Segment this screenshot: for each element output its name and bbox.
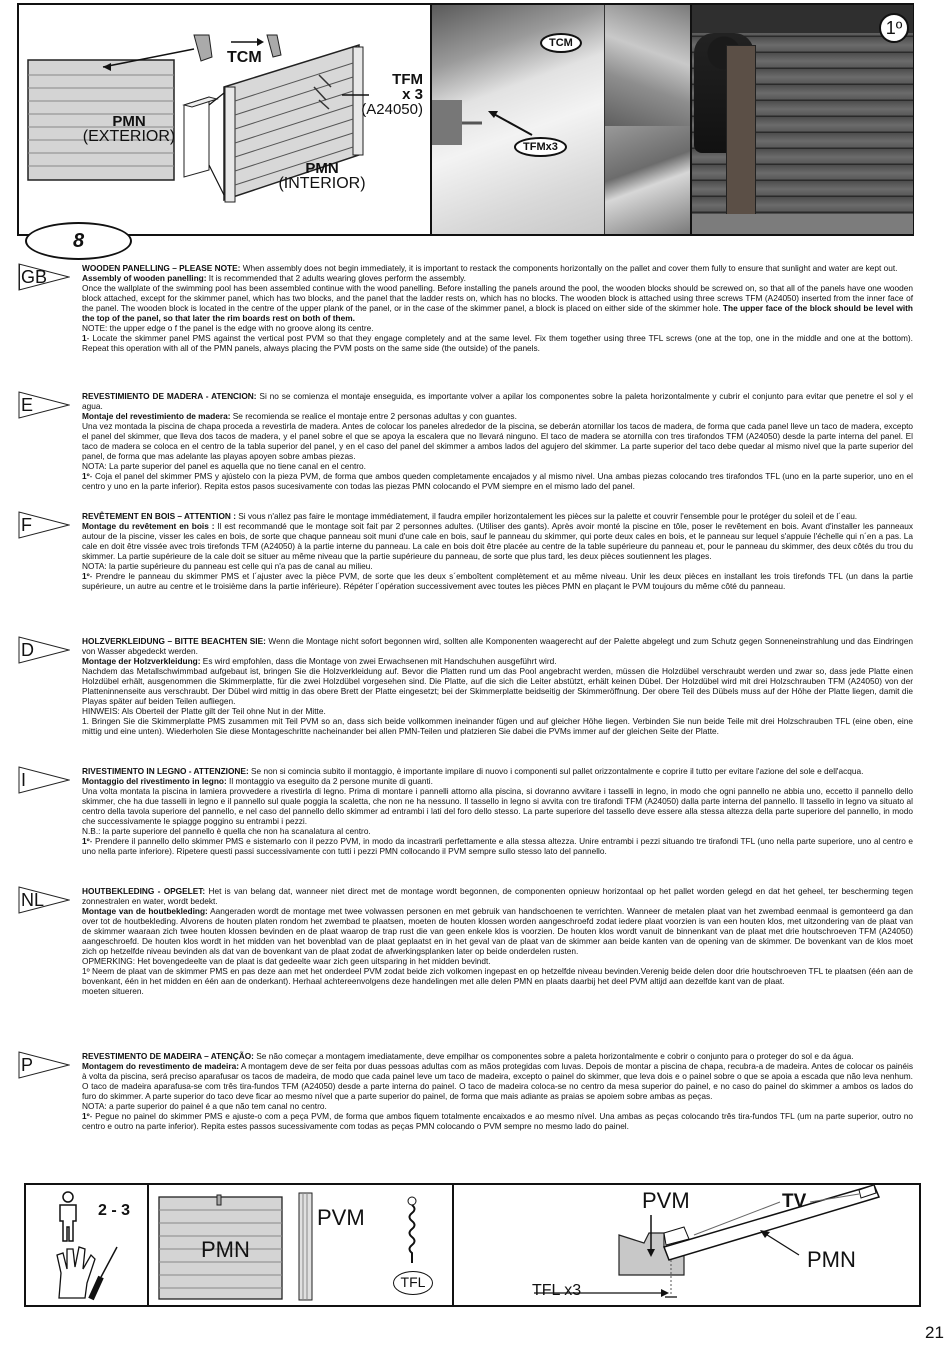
body-text: When assembly does not begin immediately… [240, 263, 897, 273]
note-text: N.B.: la parte superiore del pannello è … [82, 826, 371, 836]
body-text: moeten situeren. [82, 986, 144, 996]
people-count: 2 - 3 [98, 1202, 130, 1220]
body-text: Una volta montata la piscina in lamiera … [82, 786, 913, 826]
body-text: Se non si comincia subito il montaggio, … [249, 766, 864, 776]
language-code: I [21, 770, 26, 791]
section-text: RIVESTIMENTO IN LEGNO - ATTENZIONE: Se n… [82, 766, 913, 856]
assembly-figure: PMN (EXTERIOR) TCM TFM x 3 (A24050) PMN … [17, 3, 914, 236]
paragraph: Montagem do revestimento de madeira: A m… [82, 1061, 913, 1101]
interior-label: (INTERIOR) [267, 175, 377, 193]
paragraph: HOLZVERKLEIDUNG – BITTE BEACHTEN SIE: We… [82, 636, 913, 656]
paragraph: Nachdem das Metallschwimmbad aufgebaut i… [82, 666, 913, 706]
step-marker: 1º [82, 571, 90, 581]
flag-nl: NL [18, 886, 70, 914]
heading: RIVESTIMENTO IN LEGNO - ATTENZIONE: [82, 766, 249, 776]
language-code: D [21, 640, 34, 661]
heading: Montage du revêtement en bois : [82, 521, 214, 531]
body-text: - Prendre le panneau du skimmer PMS et l… [82, 571, 913, 591]
paragraph: OPMERKING: Het bovengedeelte van de plaa… [82, 956, 913, 966]
step-badge: 1º [879, 13, 909, 43]
note-text: NOTA: la partie supérieure du panneau es… [82, 561, 373, 571]
body-text: Se não começar a montagem imediatamente,… [254, 1051, 854, 1061]
paragraph: Montage du revêtement en bois : Il est r… [82, 521, 913, 561]
paragraph: NOTE: the upper edge o f the panel is th… [82, 323, 913, 333]
tfm-part-number: (A24050) [357, 101, 423, 118]
glove-screwdriver-icon [51, 1243, 126, 1303]
paragraph: N.B.: la parte superiore del pannello è … [82, 826, 913, 836]
heading: Montage van de houtbekleding: [82, 906, 208, 916]
step-number: 8 [25, 222, 132, 260]
photo-screwing-block: TCM TFMx3 [432, 5, 604, 234]
tcm-callout: TCM [540, 33, 582, 53]
step-marker: 1º [82, 836, 90, 846]
heading: REVÊTEMENT EN BOIS – ATTENTION : [82, 511, 236, 521]
paragraph: 1º- Prendre le panneau du skimmer PMS et… [82, 571, 913, 591]
paragraph: Una volta montata la piscina in lamiera … [82, 786, 913, 826]
language-code: F [21, 515, 32, 536]
heading: HOUTBEKLEDING - OPGELET: [82, 886, 205, 896]
pmn-label: PMN [201, 1237, 250, 1263]
people-tools-cell: 2 - 3 [26, 1185, 149, 1305]
paragraph: Montaggio del rivestimento in legno: Il … [82, 776, 913, 786]
paragraph: NOTA: a parte superior do painel é a que… [82, 1101, 913, 1111]
body-text: 1. Bringen Sie die Skimmerplatte PMS zus… [82, 716, 913, 736]
paragraph: Montaje del revestimiento de madera: Se … [82, 411, 913, 421]
body-text: Se recomienda se realice el montaje entr… [230, 411, 516, 421]
floor [692, 214, 913, 234]
detail-pvm-label: PVM [642, 1188, 690, 1214]
body-text: Si vous n'allez pas faire le montage imm… [236, 511, 857, 521]
body-text: - Coja el panel del skimmer PMS y ajúste… [82, 471, 913, 491]
language-code: NL [21, 890, 44, 911]
paragraph: Assembly of wooden panelling: It is reco… [82, 273, 913, 283]
paragraph: REVÊTEMENT EN BOIS – ATTENTION : Si vous… [82, 511, 913, 521]
detail-pmn-label: PMN [807, 1247, 856, 1273]
paragraph: Montage van de houtbekleding: Aangeraden… [82, 906, 913, 956]
note-text: NOTA: La parte superior del panel es aqu… [82, 461, 366, 471]
language-code: P [21, 1055, 33, 1076]
paragraph: REVESTIMENTO DE MADEIRA – ATENÇÃO: Se nã… [82, 1051, 913, 1061]
section-text: REVÊTEMENT EN BOIS – ATTENTION : Si vous… [82, 511, 913, 591]
flag-d: D [18, 636, 70, 664]
section-text: HOLZVERKLEIDUNG – BITTE BEACHTEN SIE: We… [82, 636, 913, 736]
installation-detail-cell: PVM TV PMN TFL x3 [454, 1185, 919, 1305]
paragraph: Una vez montada la piscina de chapa proc… [82, 421, 913, 461]
heading: WOODEN PANELLING – PLEASE NOTE: [82, 263, 240, 273]
note-text: NOTE: the upper edge o f the panel is th… [82, 323, 374, 333]
body-text: Nachdem das Metallschwimmbad aufgebaut i… [82, 666, 913, 706]
section-text: WOODEN PANELLING – PLEASE NOTE: When ass… [82, 263, 913, 353]
paragraph: NOTA: la partie supérieure du panneau es… [82, 561, 913, 571]
paragraph: 1º Neem de plaat van de skimmer PMS en p… [82, 966, 913, 986]
vertical-post [726, 45, 756, 225]
paragraph: moeten situeren. [82, 986, 913, 996]
detail-tfl-label: TFL x3 [532, 1282, 581, 1300]
body-text: - Pegue no painel do skimmer PMS e ajust… [82, 1111, 913, 1131]
paragraph: 1º- Pegue no painel do skimmer PMS e aju… [82, 1111, 913, 1131]
paragraph: NOTA: La parte superior del panel es aqu… [82, 461, 913, 471]
flag-f: F [18, 511, 70, 539]
body-text: Una vez montada la piscina de chapa proc… [82, 421, 913, 461]
tfm-callout: TFMx3 [514, 137, 567, 157]
heading: REVESTIMIENTO DE MADERA - ATENCION: [82, 391, 257, 401]
note-text: OPMERKING: Het bovengedeelte van de plaa… [82, 956, 491, 966]
heading: Assembly of wooden panelling: [82, 273, 206, 283]
person-icon [56, 1191, 96, 1246]
flag-gb: GB [18, 263, 70, 291]
body-text: Il montaggio va eseguito da 2 persone mu… [227, 776, 433, 786]
note-text: HINWEIS: Als Oberteil der Platte gilt de… [82, 706, 326, 716]
paragraph: 1- Locate the skimmer panel PMS against … [82, 333, 913, 353]
body-text: - Locate the skimmer panel PMS against t… [82, 333, 913, 353]
flag-i: I [18, 766, 70, 794]
language-code: GB [21, 267, 47, 288]
note-text: NOTA: a parte superior do painel é a que… [82, 1101, 327, 1111]
heading: HOLZVERKLEIDUNG – BITTE BEACHTEN SIE: [82, 636, 266, 646]
exploded-diagram: PMN (EXTERIOR) TCM TFM x 3 (A24050) PMN … [19, 5, 430, 234]
paragraph: WOODEN PANELLING – PLEASE NOTE: When ass… [82, 263, 913, 273]
step-marker: 1º [82, 471, 90, 481]
paragraph: RIVESTIMENTO IN LEGNO - ATTENZIONE: Se n… [82, 766, 913, 776]
flag-e: E [18, 391, 70, 419]
paragraph: REVESTIMIENTO DE MADERA - ATENCION: Si n… [82, 391, 913, 411]
heading: REVESTIMENTO DE MADEIRA – ATENÇÃO: [82, 1051, 254, 1061]
parts-cell: PMN PVM TFL [149, 1185, 454, 1305]
paragraph: Once the wallplate of the swimming pool … [82, 283, 913, 323]
detail-tv-label: TV [782, 1191, 806, 1213]
section-text: REVESTIMENTO DE MADEIRA – ATENÇÃO: Se nã… [82, 1051, 913, 1131]
body-text: - Prendere il pannello dello skimmer PMS… [82, 836, 913, 856]
pmn-exterior-label: PMN (EXTERIOR) [79, 113, 179, 146]
paragraph: Montage der Holzverkleidung: Es wird emp… [82, 656, 913, 666]
exterior-label: (EXTERIOR) [79, 128, 179, 146]
page-number: 21 [925, 1323, 944, 1343]
body-text: Es wird empfohlen, dass die Montage von … [200, 656, 556, 666]
paragraph: HOUTBEKLEDING - OPGELET: Het is van bela… [82, 886, 913, 906]
body-text: It is recommended that 2 adults wearing … [206, 273, 465, 283]
tfm-label: TFM x 3 (A24050) [357, 71, 423, 118]
paragraph: 1º- Coja el panel del skimmer PMS y ajús… [82, 471, 913, 491]
assembly-photos: TCM TFMx3 1º [430, 5, 913, 234]
heading: Montage der Holzverkleidung: [82, 656, 200, 666]
section-text: HOUTBEKLEDING - OPGELET: Het is van bela… [82, 886, 913, 996]
pmn-interior-label: PMN (INTERIOR) [267, 160, 377, 193]
paragraph: HINWEIS: Als Oberteil der Platte gilt de… [82, 706, 913, 716]
body-text: 1º Neem de plaat van de skimmer PMS en p… [82, 966, 913, 986]
photo-block-closeup-top [604, 5, 690, 126]
heading: Montaje del revestimiento de madera: [82, 411, 230, 421]
parts-tools-strip: 2 - 3 PMN PVM TFL [24, 1183, 921, 1307]
paragraph: 1. Bringen Sie die Skimmerplatte PMS zus… [82, 716, 913, 736]
heading: Montaggio del rivestimento in legno: [82, 776, 227, 786]
photo-panel-assembly: 1º [690, 5, 913, 234]
heading: Montagem do revestimento de madeira: [82, 1061, 239, 1071]
section-text: REVESTIMIENTO DE MADERA - ATENCION: Si n… [82, 391, 913, 491]
tfl-label: TFL [393, 1271, 433, 1295]
photo-block-closeup-bottom [604, 126, 690, 234]
body-text: Het is van belang dat, wanneer niet dire… [82, 886, 913, 906]
step-marker: 1º [82, 1111, 90, 1121]
pvm-label: PVM [317, 1205, 365, 1231]
flag-p: P [18, 1051, 70, 1079]
paragraph: 1º- Prendere il pannello dello skimmer P… [82, 836, 913, 856]
language-code: E [21, 395, 33, 416]
tcm-label: TCM [227, 49, 262, 67]
